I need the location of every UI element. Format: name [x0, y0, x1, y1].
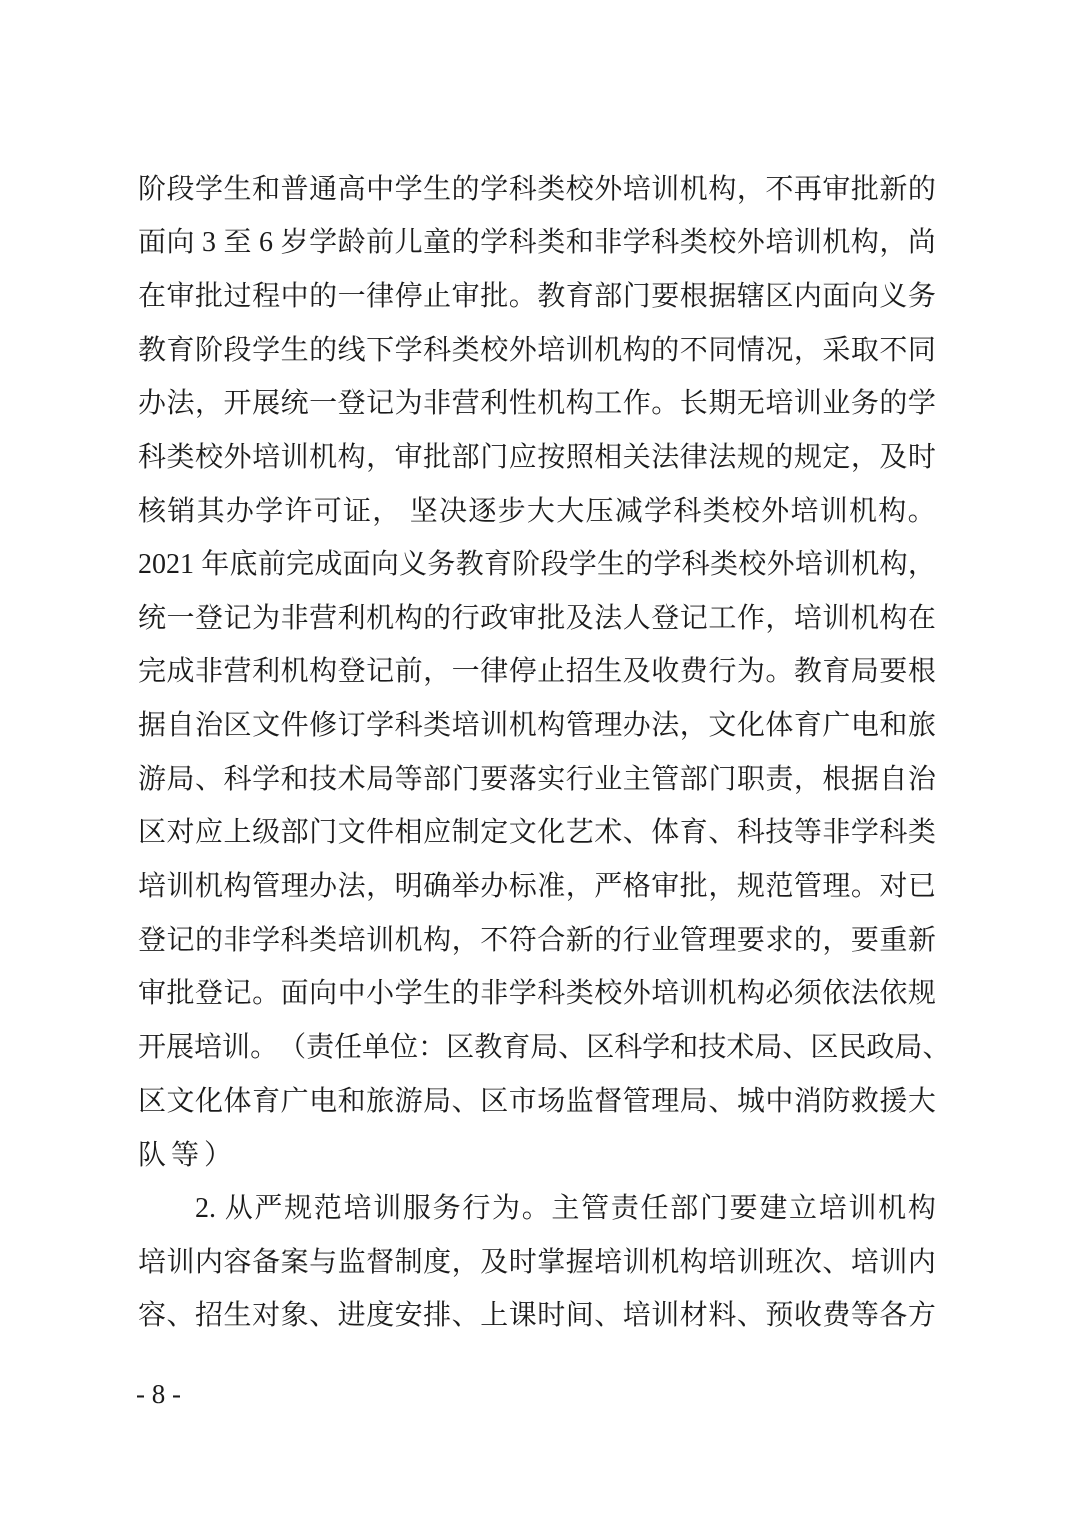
text-line: 培训机构管理办法，明确举办标准，严格审批，规范管理。对已: [138, 860, 936, 914]
text-line: 阶段学生和普通高中学生的学科类校外培训机构，不再审批新的: [138, 163, 936, 217]
text-line: 容、招生对象、进度安排、上课时间、培训材料、预收费等各方: [138, 1289, 936, 1343]
text-line: 面向 3 至 6 岁学龄前儿童的学科类和非学科类校外培训机构，尚: [138, 217, 936, 271]
document-page: 阶段学生和普通高中学生的学科类校外培训机构，不再审批新的 面向 3 至 6 岁学…: [0, 0, 1074, 1520]
text-line: 核销其办学许可证， 坚决逐步大大压减学科类校外培训机构。: [138, 485, 936, 539]
text-line: 统一登记为非营利机构的行政审批及法人登记工作，培训机构在: [138, 592, 936, 646]
page-number: - 8 -: [136, 1381, 181, 1408]
text-line: 据自治区文件修订学科类培训机构管理办法，文化体育广电和旅: [138, 699, 936, 753]
text-line: 2021 年底前完成面向义务教育阶段学生的学科类校外培训机构，: [138, 538, 936, 592]
text-line: 教育阶段学生的线下学科类校外培训机构的不同情况，采取不同: [138, 324, 936, 378]
text-line: 办法，开展统一登记为非营利性机构工作。长期无培训业务的学: [138, 378, 936, 432]
text-line: 登记的非学科类培训机构，不符合新的行业管理要求的，要重新: [138, 914, 936, 968]
text-line: 审批登记。面向中小学生的非学科类校外培训机构必须依法依规: [138, 968, 936, 1022]
text-line: 区文化体育广电和旅游局、区市场监督管理局、城中消防救援大: [138, 1075, 936, 1129]
text-line: 在审批过程中的一律停止审批。教育部门要根据辖区内面向义务: [138, 270, 936, 324]
text-line: 科类校外培训机构，审批部门应按照相关法律法规的规定，及时: [138, 431, 936, 485]
paragraph-start-line: 2. 从严规范培训服务行为。主管责任部门要建立培训机构: [138, 1182, 936, 1236]
text-line: 开展培训。（责任单位：区教育局、区科学和技术局、区民政局、: [138, 1021, 936, 1075]
paragraph-end-line: 队等）: [138, 1129, 936, 1183]
text-line: 培训内容备案与监督制度，及时掌握培训机构培训班次、培训内: [138, 1236, 936, 1290]
text-line: 游局、科学和技术局等部门要落实行业主管部门职责，根据自治: [138, 753, 936, 807]
text-line: 区对应上级部门文件相应制定文化艺术、体育、科技等非学科类: [138, 807, 936, 861]
text-line: 完成非营利机构登记前，一律停止招生及收费行为。教育局要根: [138, 646, 936, 700]
document-body: 阶段学生和普通高中学生的学科类校外培训机构，不再审批新的 面向 3 至 6 岁学…: [138, 163, 936, 1343]
